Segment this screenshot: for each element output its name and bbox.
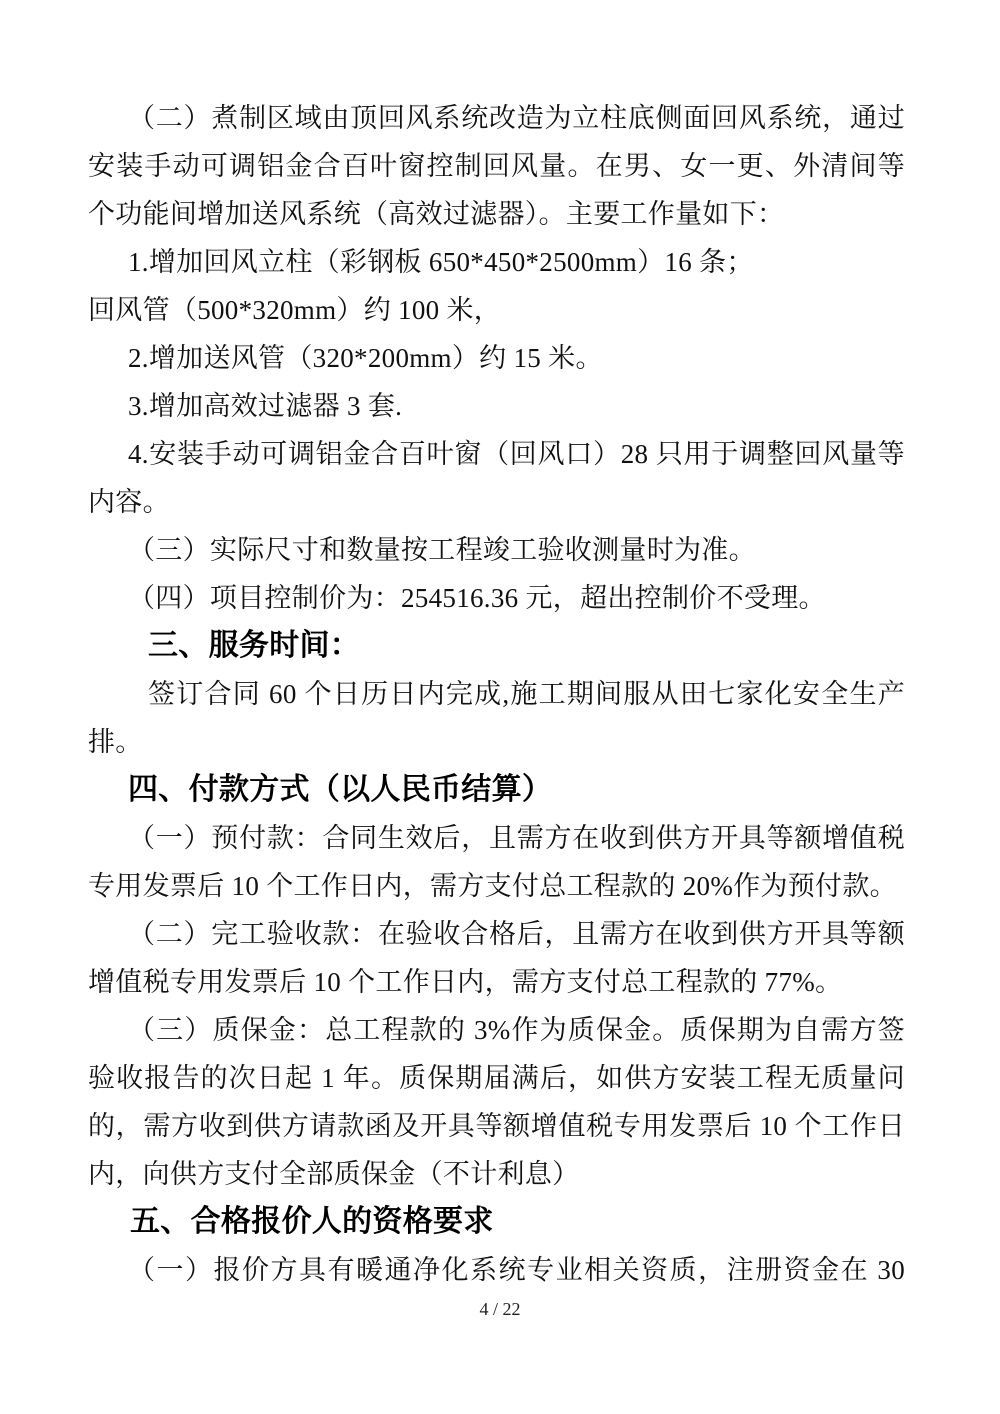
text-line: （二）煮制区域由顶回风系统改造为立柱底侧面回风系统，通过 (88, 94, 905, 142)
text-line: 内容。 (88, 478, 905, 526)
text-line: 2.增加送风管（320*200mm）约 15 米。 (88, 334, 905, 382)
text-line: 五、合格报价人的资格要求 (88, 1198, 905, 1246)
text-line: （一）预付款：合同生效后，且需方在收到供方开具等额增值税 (88, 814, 905, 862)
text-line: 排。 (88, 718, 905, 766)
text-line: 安装手动可调铝金合百叶窗控制回风量。在男、女一更、外清间等三 (88, 142, 905, 190)
text-line: 签订合同 60 个日历日内完成,施工期间服从田七家化安全生产安 (88, 670, 905, 718)
text-line: 的，需方收到供方请款函及开具等额增值税专用发票后 10 个工作日 (88, 1102, 905, 1150)
text-line: 三、服务时间： (88, 622, 905, 670)
text-line: 回风管（500*320mm）约 100 米， (88, 286, 905, 334)
page-number: 4 / 22 (0, 1294, 1000, 1324)
text-line: 内，向供方支付全部质保金（不计利息） (88, 1150, 905, 1198)
text-line: （一）报价方具有暖通净化系统专业相关资质，注册资金在 30 万 (88, 1246, 905, 1294)
text-line: 个功能间增加送风系统（高效过滤器）。主要工作量如下： (88, 190, 905, 238)
text-line: 1.增加回风立柱（彩钢板 650*450*2500mm）16 条； (88, 238, 905, 286)
text-line: 四、付款方式（以人民币结算） (88, 766, 905, 814)
text-line: （三）实际尺寸和数量按工程竣工验收测量时为准。 (88, 526, 905, 574)
text-line: （四）项目控制价为：254516.36 元，超出控制价不受理。 (88, 574, 905, 622)
text-line: （三）质保金：总工程款的 3%作为质保金。质保期为自需方签署 (88, 1006, 905, 1054)
text-line: 专用发票后 10 个工作日内，需方支付总工程款的 20%作为预付款。 (88, 862, 905, 910)
text-line: 增值税专用发票后 10 个工作日内，需方支付总工程款的 77%。 (88, 958, 905, 1006)
text-line: 3.增加高效过滤器 3 套. (88, 382, 905, 430)
text-line: 4.安装手动可调铝金合百叶窗（回风口）28 只用于调整回风量等 (88, 430, 905, 478)
text-line: 验收报告的次日起 1 年。质保期届满后，如供方安装工程无质量问题 (88, 1054, 905, 1102)
document-content: （二）煮制区域由顶回风系统改造为立柱底侧面回风系统，通过安装手动可调铝金合百叶窗… (0, 0, 1000, 1294)
text-line: （二）完工验收款：在验收合格后，且需方在收到供方开具等额 (88, 910, 905, 958)
document-page: （二）煮制区域由顶回风系统改造为立柱底侧面回风系统，通过安装手动可调铝金合百叶窗… (0, 0, 1000, 1414)
